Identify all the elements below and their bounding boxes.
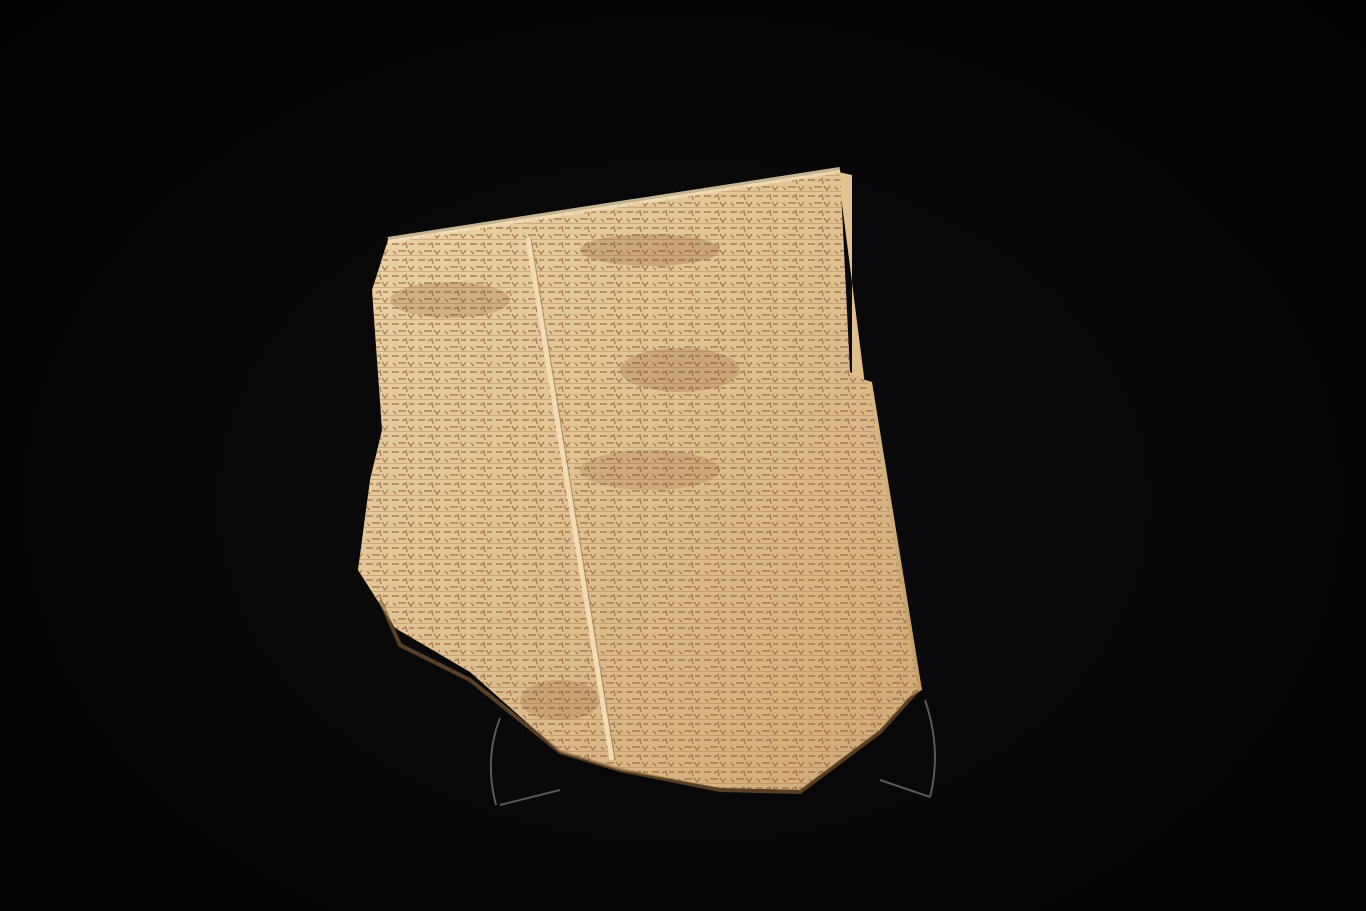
cuneiform-tablet [358,170,922,792]
tablet-illustration [0,0,1366,911]
photo-scene [0,0,1366,911]
